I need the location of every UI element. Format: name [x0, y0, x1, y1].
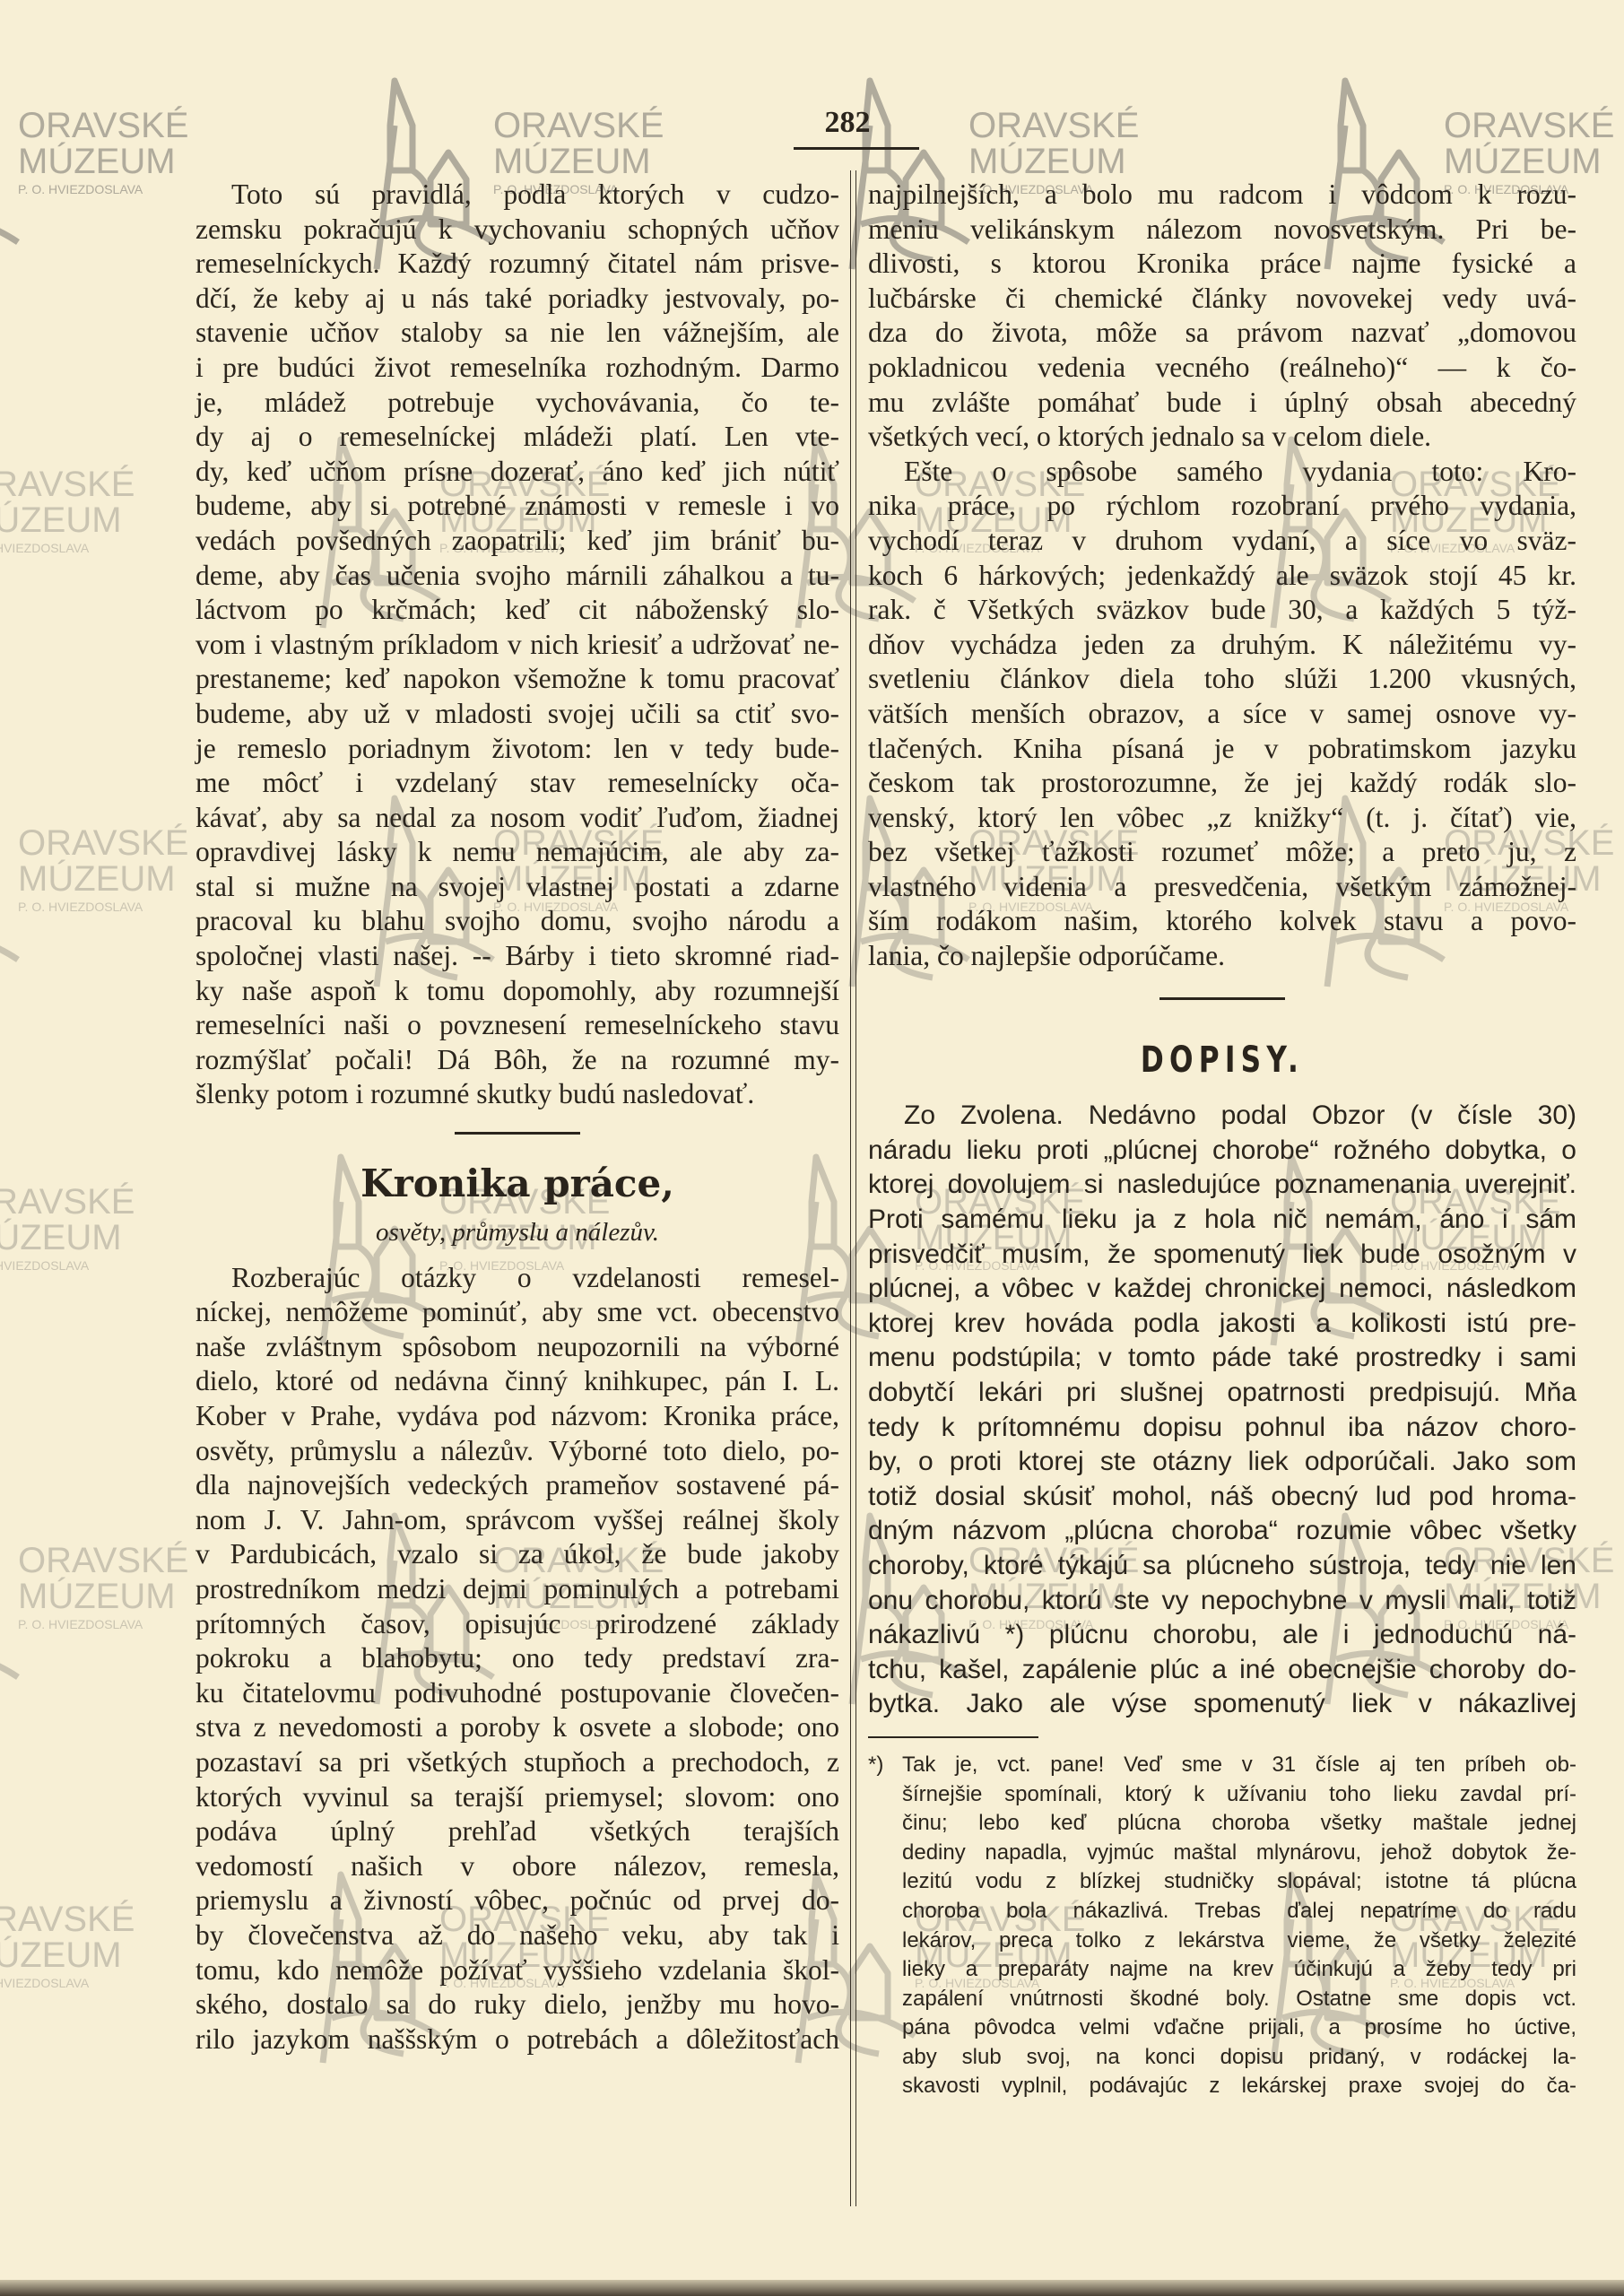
- text-line: Kober v Prahe, vydáva pod názvom: Kronik…: [195, 1399, 839, 1434]
- text-line: stva z nevedomosti a poroby k osvete a s…: [195, 1710, 839, 1745]
- text-line: lania, čo najlepšie odporúčame.: [868, 939, 1576, 974]
- text-line: vedomostí našich v obore nálezov, remesl…: [195, 1849, 839, 1884]
- text-line: lieky a preparáty najme na krev účinkujú…: [868, 1955, 1576, 1985]
- text-line: zemsku pokračujú k vychovaniu schopných …: [195, 213, 839, 248]
- text-line: Ešte o spôsobe samého vydania toto: Kro-: [868, 455, 1576, 490]
- museum-watermark-icon: ORAVSKÉMÚZEUMP. O. HVIEZDOSLAVA: [0, 1865, 126, 2072]
- text-line: je, mládež potrebuje vychovávania, čo te…: [195, 386, 839, 421]
- text-line: vychodí teraz v druhom vydaní, a síce vo…: [868, 524, 1576, 559]
- dopisy-title: DOPISY.: [946, 1043, 1498, 1078]
- text-line: dčí, že keby aj u nás také poriadky jest…: [195, 282, 839, 317]
- text-line: níckej, nemôžeme pominúť, aby sme vct. o…: [195, 1295, 839, 1330]
- text-line: osvěty, průmyslu a nálezův. Výborné toto…: [195, 1434, 839, 1469]
- museum-watermark-icon: ORAVSKÉMÚZEUMP. O. HVIEZDOSLAVA: [0, 72, 179, 278]
- text-line: nika práce, po rýchlom rozobraní prvého …: [868, 489, 1576, 524]
- text-line: dným názvom „plúcna choroba“ rozumie vôb…: [868, 1514, 1576, 1549]
- text-line: šírnejšie spomínali, ktorý k užívaniu to…: [868, 1780, 1576, 1810]
- text-line: dediny napadla, vyjmúc maštal mlynárovu,…: [868, 1839, 1576, 1868]
- page-number-rule: [794, 147, 919, 150]
- text-line: choroba bola nákazlivá. Trebas ďalej nep…: [868, 1897, 1576, 1926]
- page-number: 282: [812, 106, 883, 140]
- text-line: vlastného videnia a presvedčenia, všetký…: [868, 870, 1576, 905]
- footnote-lines: *)Tak je, vct. pane! Veď sme v 31 čísle …: [868, 1751, 1576, 2101]
- text-line: koch 6 hárkových; jedenkaždý ale sväzok …: [868, 559, 1576, 594]
- text-line: opravdivej lásky k nemu nemajúcim, ale a…: [195, 835, 839, 870]
- text-line: tchu, kašel, zapálenie plúc a iné obecne…: [868, 1653, 1576, 1688]
- text-line: pokladnicou vedenia vecného (reálneho)“ …: [868, 351, 1576, 386]
- museum-watermark-icon: ORAVSKÉMÚZEUMP. O. HVIEZDOSLAVA: [0, 430, 126, 637]
- text-line: by, o proti ktorej ste otázny liek odpor…: [868, 1445, 1576, 1480]
- text-line: bytka. Jako ale výse spomenutý liek v ná…: [868, 1687, 1576, 1722]
- text-line: tedy k prítomnému dopisu pohnul iba názo…: [868, 1411, 1576, 1446]
- text-line: i pre budúci život remeselníka rozhodným…: [195, 351, 839, 386]
- text-line: kávať, aby sa nedal za nosom vodiť ľuďom…: [195, 801, 839, 836]
- text-line: českom tak prostorozumne, že jej každý r…: [868, 766, 1576, 801]
- text-line: remeselníckych. Každý rozumný čitatel ná…: [195, 247, 839, 282]
- text-line: budeme, aby si potrebné známosti v remes…: [195, 489, 839, 524]
- section-separator: [455, 1132, 580, 1135]
- text-line: menu podstúpila; v tomto páde také prost…: [868, 1341, 1576, 1376]
- text-line: ky naše aspoň k tomu dopomohly, aby rozu…: [195, 974, 839, 1009]
- text-line: plúcnej, a vôbec v každej chronickej nem…: [868, 1272, 1576, 1307]
- museum-watermark-icon: ORAVSKÉMÚZEUMP. O. HVIEZDOSLAVA: [0, 1148, 126, 1354]
- text-line: Proti samému lieku ja z hola nič nemám, …: [868, 1203, 1576, 1238]
- text-line: *)Tak je, vct. pane! Veď sme v 31 čísle …: [868, 1751, 1576, 1780]
- text-line: aby slub svoj, na konci dopisu pridaný, …: [868, 2043, 1576, 2073]
- text-line: stavenie učňov staloby sa nie len vážnej…: [195, 316, 839, 351]
- footnote-marker: *): [868, 1751, 883, 1780]
- text-line: ského, dostalo sa do ruky dielo, jenžby …: [195, 1987, 839, 2022]
- text-line: ším rodákom našim, ktorého kolvek stavu …: [868, 904, 1576, 939]
- text-line: prestaneme; keď napokon všemožne k tomu …: [195, 662, 839, 697]
- text-line: lučbárske či chemické články novovekej v…: [868, 282, 1576, 317]
- text-line: spoločnej vlasti našej. -- Bárby i tieto…: [195, 939, 839, 974]
- text-line: dy aj o remeselníckej mládeži platí. Len…: [195, 420, 839, 455]
- text-line: dy, keď učňom prísne dozerať, áno keď ji…: [195, 455, 839, 490]
- text-line: dielo, ktoré od nedávna činný knihkupec,…: [195, 1364, 839, 1399]
- text-line: nom J. V. Jahn-om, správcom vyššej reáln…: [195, 1503, 839, 1538]
- text-line: šlenky potom i rozumné skutky budú nasle…: [195, 1077, 839, 1112]
- text-line: dlivosti, s ktorou Kronika práce najme f…: [868, 247, 1576, 282]
- museum-watermark-icon: ORAVSKÉMÚZEUMP. O. HVIEZDOSLAVA: [0, 72, 179, 278]
- text-line: choroby, ktoré týkajú sa plúcneho sústro…: [868, 1549, 1576, 1584]
- text-line: remeselníci naši o povznesení remeselníc…: [195, 1008, 839, 1043]
- text-line: vom i vlastným príkladom v nich kriesiť …: [195, 628, 839, 663]
- text-line: me môcť i vzdelaný stav remeselnícky oča…: [195, 766, 839, 801]
- text-line: Zo Zvolena. Nedávno podal Obzor (v čísle…: [868, 1099, 1576, 1134]
- text-line: pokroku a blahobytu; ono tedy predstaví …: [195, 1641, 839, 1676]
- text-line: podáva úplný prehľad všetkých terajších: [195, 1814, 839, 1849]
- museum-watermark-icon: ORAVSKÉMÚZEUMP. O. HVIEZDOSLAVA: [0, 1507, 179, 1713]
- museum-watermark-icon: ORAVSKÉMÚZEUMP. O. HVIEZDOSLAVA: [0, 789, 179, 996]
- text-line: pracoval ku blahu svojho domu, svojho ná…: [195, 904, 839, 939]
- text-line: deme, aby čas učenia svojho márnili záha…: [195, 559, 839, 594]
- column-divider: [850, 170, 856, 2206]
- text-line: vedách povšedných zaopatrili; keď jim br…: [195, 524, 839, 559]
- text-line: tomu, kdo nemôže požívať vyššieho vzdela…: [195, 1953, 839, 1988]
- text-line: rozmýšlať počali! Dá Bôh, že na rozumné …: [195, 1043, 839, 1078]
- footnote: *)Tak je, vct. pane! Veď sme v 31 čísle …: [868, 1751, 1576, 2101]
- text-line: tlačených. Kniha písaná je v pobratimsko…: [868, 732, 1576, 767]
- text-line: dobytčí lekári pri slušnej opatrnosti pr…: [868, 1376, 1576, 1411]
- text-line: pána pôvodca velmi vďačne prijali, a pro…: [868, 2013, 1576, 2043]
- text-line: ktorých vyvinul sa terajší priemysel; sl…: [195, 1780, 839, 1815]
- text-line: bez všetkej ťažkosti rozumeť môže; a pre…: [868, 835, 1576, 870]
- page-bottom-edge: [0, 2280, 1624, 2296]
- footnote-rule: [868, 1736, 1038, 1738]
- text-line: Rozberajúc otázky o vzdelanosti remesel-: [195, 1261, 839, 1296]
- text-line: naše zvláštnym spôsobom neupozornili na …: [195, 1330, 839, 1365]
- text-line: meniu velikánskym nálezom novosvetským. …: [868, 213, 1576, 248]
- text-line: rak. č Všetkých sväzkov bude 30, a každý…: [868, 593, 1576, 628]
- section-subtitle: osvěty, průmyslu a nálezův.: [195, 1215, 839, 1250]
- text-line: priemyslu a živností vôbec, počnúc od pr…: [195, 1883, 839, 1918]
- section-title: Kronika práce,: [195, 1161, 839, 1206]
- dopisy-paragraph: Zo Zvolena. Nedávno podal Obzor (v čísle…: [868, 1099, 1576, 1722]
- text-line: lezitú vodu z blízkej studničky slopával…: [868, 1867, 1576, 1897]
- text-line: nákazlivú *) plúcnu chorobu, ale i jedno…: [868, 1618, 1576, 1653]
- text-line: dla najnovejších vedeckých prameňov sost…: [195, 1468, 839, 1503]
- text-line: onu chorobu, ktorú ste vy nepochybne v m…: [868, 1584, 1576, 1619]
- left-column: Toto sú pravidlá, podla ktorých v cudzo-…: [195, 178, 839, 2057]
- text-line: venský, ktorý len vôbec „z knižky“ (t. j…: [868, 801, 1576, 836]
- text-line: Toto sú pravidlá, podla ktorých v cudzo-: [195, 178, 839, 213]
- text-line: dňov vychádza jeden za druhým. K náležit…: [868, 628, 1576, 663]
- text-line: náradu lieku proti „plúcnej chorobe“ rož…: [868, 1134, 1576, 1169]
- text-line: zapálení vnútrnosti škodné boly. Ostatne…: [868, 1985, 1576, 2014]
- text-line: ktorej dovolujem si nasledujúce poznamen…: [868, 1168, 1576, 1203]
- text-line: vätších menších obrazov, a síce v samej …: [868, 697, 1576, 732]
- text-line: v Pardubicách, vzalo si za úkol, že bude…: [195, 1537, 839, 1572]
- text-line: prostredníkom medzi dejmi pominulých a p…: [195, 1572, 839, 1607]
- section-separator: [1159, 997, 1285, 1000]
- text-line: stal si mužne na svojej vlastnej postati…: [195, 870, 839, 905]
- edition-paragraph: Ešte o spôsobe samého vydania toto: Kro-…: [868, 455, 1576, 974]
- continuation-paragraph: najpilnejších, a bolo mu radcom i vôdcom…: [868, 178, 1576, 455]
- text-line: svetleniu článkov diela toho slúži 1.200…: [868, 662, 1576, 697]
- text-line: lekárov, preca tolko z lekárstva vieme, …: [868, 1926, 1576, 1956]
- text-line: mu zvlášte pomáhať bude i úplný obsah ab…: [868, 386, 1576, 421]
- text-line: prítomných časov, opisujúc prirodzené zá…: [195, 1607, 839, 1642]
- text-line: ktorej krev hováda podla jakosti a kolik…: [868, 1307, 1576, 1342]
- text-line: dza do života, môže sa právom nazvať „do…: [868, 316, 1576, 351]
- text-line: rilo jazykom naššským o potrebách a dôle…: [195, 2022, 839, 2057]
- text-line: najpilnejších, a bolo mu radcom i vôdcom…: [868, 178, 1576, 213]
- intro-paragraph: Toto sú pravidlá, podla ktorých v cudzo-…: [195, 178, 839, 1112]
- text-line: činu; lebo keď plúcna choroba všetky maš…: [868, 1809, 1576, 1839]
- right-column: najpilnejších, a bolo mu radcom i vôdcom…: [868, 178, 1576, 2101]
- text-line: prisvedčiť musím, že spomenutý liek bude…: [868, 1238, 1576, 1273]
- text-line: láctvom po krčmách; keď cit náboženský s…: [195, 593, 839, 628]
- text-line: všetkých vecí, o ktorých jednalo sa v ce…: [868, 420, 1576, 455]
- text-line: ku čitatelovmu podivuhodné postupovanie …: [195, 1676, 839, 1711]
- text-line: budeme, aby už v mladosti svojej učili s…: [195, 697, 839, 732]
- text-line: totiž dosial skúsiť mohol, náš obecný lu…: [868, 1480, 1576, 1515]
- text-line: skavosti vyplnil, podávajúc z lekárskej …: [868, 2072, 1576, 2101]
- text-line: pozastaví sa pri všetkých stupňoch a pre…: [195, 1745, 839, 1780]
- text-line: je remeslo poriadnym životom: len v tedy…: [195, 732, 839, 767]
- kronika-paragraph: Rozberajúc otázky o vzdelanosti remesel-…: [195, 1261, 839, 2057]
- text-line: by človečenstva až do našeho veku, aby t…: [195, 1918, 839, 1953]
